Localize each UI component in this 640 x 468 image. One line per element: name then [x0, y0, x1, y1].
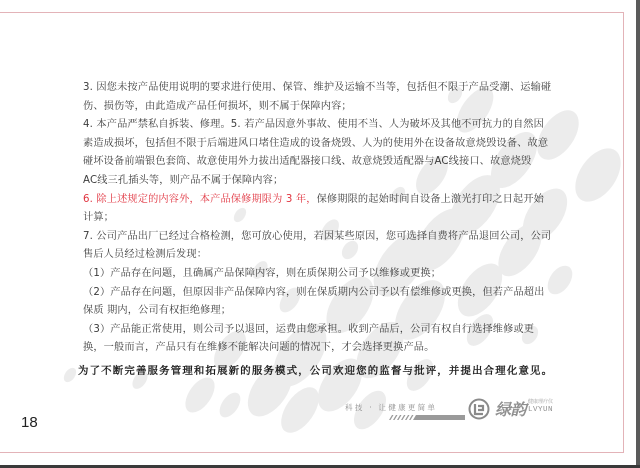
paragraph-4-line-4: AC线三孔插头等，则产品不属于保障内容； [83, 172, 553, 191]
warranty-start-text: 保修期限的起始时间自设备上激光打印之日起开始 [317, 194, 544, 205]
paragraph-7-3-line-1: （3）产品能正常使用，则公司予以退回，运费由您承担。收到产品后，公司有权自行选择… [83, 321, 553, 340]
lvyun-logo-icon [468, 398, 490, 420]
paragraph-7-1-line-1: （1）产品存在问题，且确属产品保障内容，则在质保期公司予以维修或更换； [83, 265, 553, 284]
paragraph-3-line-2: 伤、损伤等，由此造成产品任何损坏，则不属于保障内容； [83, 98, 553, 117]
paragraph-7-2-line-2: 保质 期内，公司有权拒绝修理； [83, 302, 553, 321]
warranty-terms-text: 3. 因您未按产品使用说明的要求进行使用、保管、维护及运输不当等，包括但不限于产… [83, 79, 553, 358]
paragraph-4-line-3: 碰坏设备前端银色套筒、故意使用外力拔出适配器接口线、故意烧毁适配器与AC线接口、… [83, 153, 553, 172]
page-edge-right [636, 0, 640, 468]
closing-statement: 为了不断完善服务管理和拓展新的服务模式，公司欢迎您的监督与批评，并提出合理化意见… [78, 362, 558, 377]
page-number: 18 [21, 414, 38, 431]
brand-slogan: 科技 · 让健康更简单 [345, 402, 437, 413]
paragraph-7-3-line-2: 换，一般而言，产品只有在维修不能解决问题的情况下，才会选择更换产品。 [83, 339, 553, 358]
paragraph-6-line-1: 6. 除上述规定的内容外，本产品保修期限为 3 年，保修期限的起始时间自设备上激… [83, 191, 553, 210]
paragraph-3-line-1: 3. 因您未按产品使用说明的要求进行使用、保管、维护及运输不当等，包括但不限于产… [83, 79, 553, 98]
brand-name-en: LVYUN [528, 406, 553, 414]
paragraph-4-line-1: 4. 本产品严禁私自拆装、修理。5. 若产品因意外事故、使用不当、人为破坏及其他… [83, 116, 553, 135]
slogan-stripe-bar-icon [389, 415, 465, 420]
paragraph-7-2-line-1: （2）产品存在问题，但原因非产品保障内容，则在保质期内公司予以有偿维修或更换，但… [83, 284, 553, 303]
brand-footer: 科技 · 让健康更简单 绿韵 健康理疗仪 LVYUN [345, 401, 545, 431]
paragraph-4-line-2: 素造成损坏，包括但不限于后端进风口堵住造成的设备烧毁、人为的使用外在设备故意烧毁… [83, 135, 553, 154]
brand-subtitle: 健康理疗仪 [528, 400, 553, 405]
paragraph-7-line-1: 7. 公司产品出厂已经过合格检测，您可放心使用，若因某些原因，您可选择自费将产品… [83, 228, 553, 247]
warranty-period-highlight: 6. 除上述规定的内容外，本产品保修期限为 3 年， [83, 194, 317, 205]
paragraph-6-line-2: 计算； [83, 209, 553, 228]
brand-name-cn: 绿韵 [495, 397, 526, 420]
paragraph-7-line-2: 售后人员经过检测后发现： [83, 246, 553, 265]
